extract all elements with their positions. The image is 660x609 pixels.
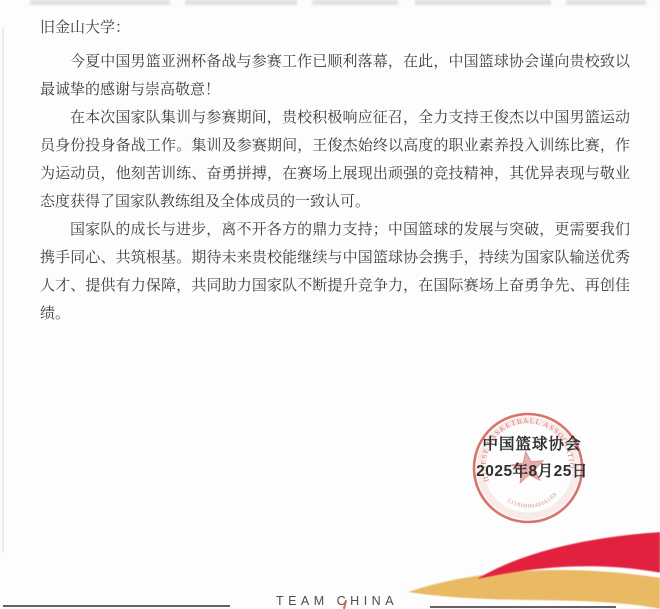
scan-artifact: [566, 0, 646, 5]
scan-artifact: [30, 0, 170, 5]
signature-organization: 中国篮球协会: [428, 436, 636, 454]
team-china-wordmark: TEAM CHINA: [262, 594, 412, 608]
letter-page: 旧金山大学： 今夏中国男篮亚洲杯备战与参赛工作已顺利落幕，在此，中国篮球协会谨向…: [0, 0, 660, 609]
scan-streak: [2, 28, 4, 553]
scan-artifact: [415, 0, 551, 5]
signature-block: 中国篮球协会 2025年8月25日: [428, 436, 636, 481]
paragraph-2: 在本次国家队集训与参赛期间，贵校积极响应征召，全力支持王俊杰以中国男篮运动员身份…: [40, 104, 630, 216]
scan-artifact: [185, 0, 297, 5]
salutation: 旧金山大学：: [40, 14, 630, 42]
team-china-logo: [380, 520, 660, 609]
paragraph-3: 国家队的成长与进步，离不开各方的鼎力支持；中国篮球的发展与突破，更需要我们携手同…: [40, 216, 630, 328]
signature-date: 2025年8月25日: [428, 463, 636, 481]
footer-rule-left: [3, 605, 230, 607]
logo-gold-swoosh: [408, 570, 660, 609]
paragraph-1: 今夏中国男篮亚洲杯备战与参赛工作已顺利落幕，在此，中国篮球协会谨向贵校致以最诚挚…: [40, 48, 630, 104]
scan-artifact: [312, 0, 398, 5]
letter-body: 旧金山大学： 今夏中国男篮亚洲杯备战与参赛工作已顺利落幕，在此，中国篮球协会谨向…: [40, 14, 630, 328]
